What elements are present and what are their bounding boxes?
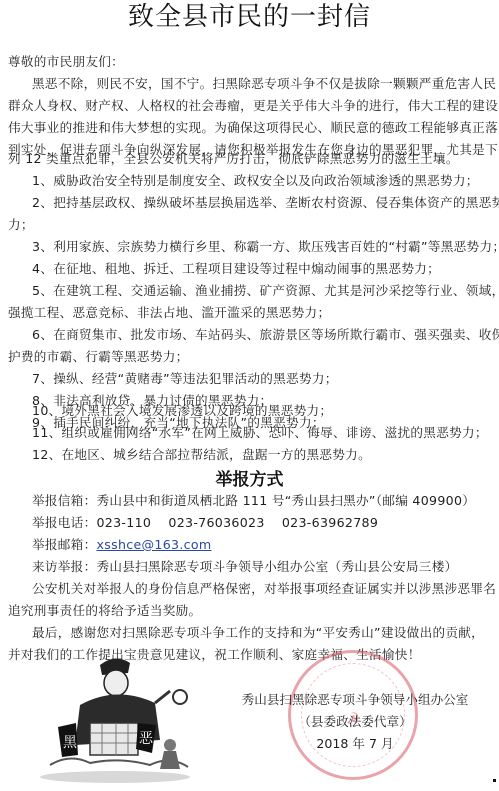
closing-line: 最后，感谢您对扫黑除恶专项斗争工作的支持和为“平安秀山”建设做出的贡献，: [32, 625, 499, 641]
crime-item-5-cont: 强揽工程、恶意竞标、非法占地、滥开滥采的黑恶势力；: [8, 305, 493, 321]
crime-item-4: 4、在征地、租地、拆迁、工程项目建设等过程中煽动闹事的黑恶势力；: [32, 261, 499, 277]
report-email-label: 举报邮箱：: [32, 537, 96, 552]
intro-line: 黑恶不除，则民不安，国不宁。扫黑除恶专项斗争不仅是拔除一颗颗严重危害人民: [32, 76, 499, 92]
report-mail: 举报信箱：秀山县中和街道凤栖北路 111 号“秀山县扫黑办”（邮编 409900…: [32, 493, 499, 509]
crime-item-6-cont: 护费的市霸、行霸等黑恶势力；: [8, 349, 493, 365]
report-visit-value: 秀山县扫黑除恶专项斗争领导小组办公室（秀山县公安局三楼）: [96, 559, 457, 574]
signature-note: （县委政法委代章）: [220, 714, 490, 730]
svg-text:恶: 恶: [139, 731, 154, 747]
report-visit-label: 来访举报：: [32, 559, 96, 574]
report-phone-label: 举报电话：: [32, 515, 96, 530]
report-visit: 来访举报：秀山县扫黑除恶专项斗争领导小组办公室（秀山县公安局三楼）: [32, 559, 499, 575]
trailing-dot: [493, 779, 496, 782]
intro-line: 伟大事业的推进和伟大梦想的实现。为确保这项得民心、顺民意的德政工程能够真正落: [8, 120, 493, 136]
reward-line: 追究刑事责任的将给予适当奖励。: [8, 603, 493, 619]
page-title: 致全县市民的一封信: [0, 2, 499, 32]
crime-item-11: 11、组织或雇佣网络“水军”在网上威胁、恐吓、侮辱、诽谤、滋扰的黑恶势力；: [32, 425, 499, 441]
crime-item-3: 3、利用家族、宗族势力横行乡里、称霸一方、欺压残害百姓的“村霸”等黑恶势力；: [32, 239, 499, 255]
signature-date: 2018 年 7 月: [280, 736, 430, 752]
greeting: 尊敬的市民朋友们：: [8, 54, 493, 70]
svg-text:黑: 黑: [63, 735, 78, 751]
police-officer-illustration-icon: 黑 恶: [30, 645, 200, 785]
intro-line: 群众人身权、财产权、人格权的社会毒瘤，更是关乎伟大斗争的进行，伟大工程的建设，: [8, 98, 493, 114]
reward-line: 公安机关对举报人的身份信息严格保密，对举报事项经查证属实并以涉黑涉恶罪名: [32, 581, 499, 597]
crime-item-2: 2、把持基层政权、操纵破坏基层换届选举、垄断农村资源、侵吞集体资产的黑恶势: [32, 195, 499, 211]
report-section-title: 举报方式: [0, 470, 499, 490]
crime-item-1: 1、威胁政治安全特别是制度安全、政权安全以及向政治领域渗透的黑恶势力；: [32, 173, 499, 189]
crime-item-7: 7、操纵、经营“黄赌毒”等违法犯罪活动的黑恶势力；: [32, 371, 499, 387]
crime-item-12: 12、在地区、城乡结合部拉帮结派，盘踞一方的黑恶势力。: [32, 447, 499, 463]
crime-item-5: 5、在建筑工程、交通运输、渔业捕捞、矿产资源、尤其是河沙采挖等行业、领域，: [32, 283, 499, 299]
intro-line: 列 12 类重点犯罪，全县公安机关将严厉打击，彻底铲除黑恶势力的滋生土壤。: [8, 151, 493, 167]
crime-item-10: 10、境外黑社会入境发展渗透以及跨境的黑恶势力；: [32, 403, 499, 419]
report-mail-value: 秀山县中和街道凤栖北路 111 号“秀山县扫黑办”（邮编 409900）: [96, 493, 475, 508]
report-phone: 举报电话：023-110 023-76036023 023-63962789: [32, 515, 499, 531]
report-email: 举报邮箱：xsshce@163.com: [32, 537, 499, 553]
report-phone-value: 023-110 023-76036023 023-63962789: [96, 515, 378, 530]
report-email-link[interactable]: xsshce@163.com: [96, 537, 211, 552]
signature-org: 秀山县扫黑除恶专项斗争领导小组办公室: [220, 692, 490, 708]
crime-item-6: 6、在商贸集市、批发市场、车站码头、旅游景区等场所欺行霸市、强买强卖、收保: [32, 327, 499, 343]
crime-item-2-cont: 力；: [8, 217, 493, 233]
report-mail-label: 举报信箱：: [32, 493, 96, 508]
